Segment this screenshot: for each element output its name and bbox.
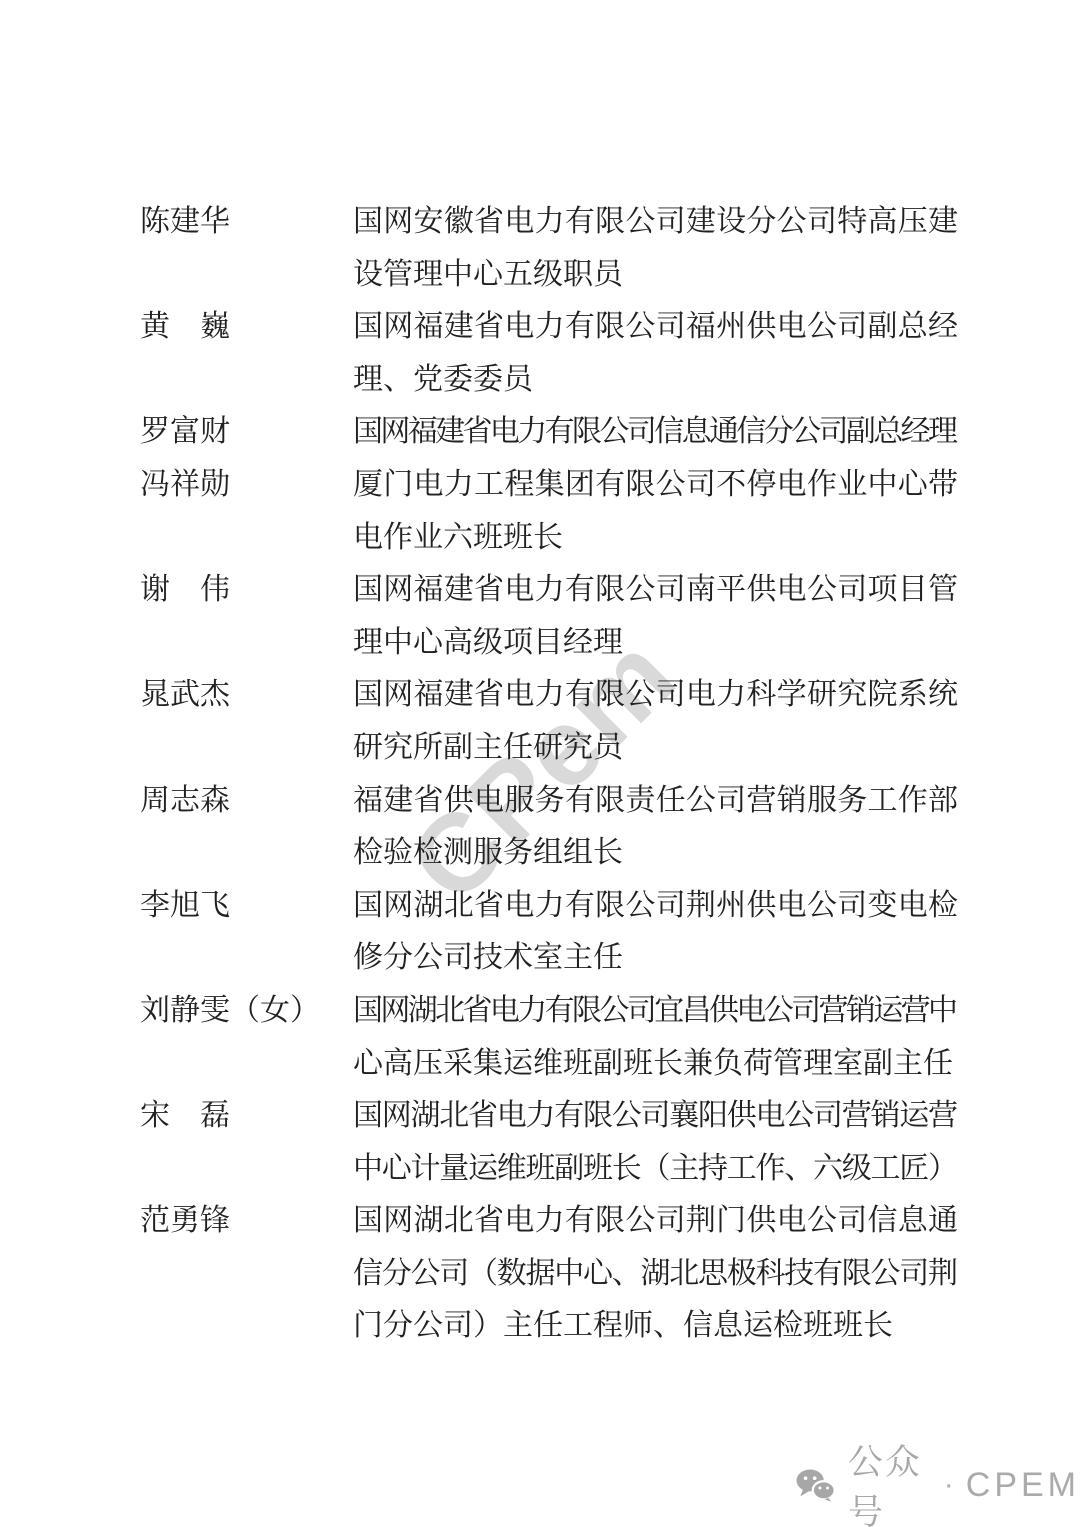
person-name: 周志森 [140, 775, 353, 880]
roster-entry: 宋 磊 国网湖北省电力有限公司襄阳供电公司营销运营中心计量运维班副班长（主持工作… [140, 1090, 960, 1195]
wechat-account-label: 公众号 [848, 1435, 932, 1527]
person-name: 李旭飞 [140, 880, 353, 985]
roster-entry: 晁武杰 国网福建省电力有限公司电力科学研究院系统研究所副主任研究员 [140, 669, 960, 774]
title-line: 研究所副主任研究员 [353, 722, 958, 775]
roster-entry: 李旭飞 国网湖北省电力有限公司荆州供电公司变电检修分公司技术室主任 [140, 880, 960, 985]
title-line: 国网湖北省电力有限公司荆州供电公司变电检 [353, 880, 958, 933]
person-title: 国网福建省电力有限公司信息通信分公司副总经理 [353, 406, 958, 459]
person-title: 国网湖北省电力有限公司荆门供电公司信息通信分公司（数据中心、湖北思极科技有限公司… [353, 1195, 958, 1353]
title-line: 中心计量运维班副班长（主持工作、六级工匠） [353, 1143, 958, 1196]
title-line: 修分公司技术室主任 [353, 932, 958, 985]
roster-entry: 陈建华 国网安徽省电力有限公司建设分公司特高压建设管理中心五级职员 [140, 196, 960, 301]
title-line: 国网湖北省电力有限公司宜昌供电公司营销运营中 [353, 985, 958, 1038]
title-line: 福建省供电服务有限责任公司营销服务工作部 [353, 775, 958, 828]
title-line: 国网湖北省电力有限公司襄阳供电公司营销运营 [353, 1090, 958, 1143]
title-line: 国网福建省电力有限公司福州供电公司副总经 [353, 301, 958, 354]
title-line: 理、党委委员 [353, 354, 958, 407]
title-line: 门分公司）主任工程师、信息运检班班长 [353, 1300, 958, 1353]
person-name: 罗富财 [140, 406, 353, 459]
title-line: 国网福建省电力有限公司南平供电公司项目管 [353, 564, 958, 617]
person-name: 陈建华 [140, 196, 353, 301]
wechat-footer: 公众号 · CPEM [795, 1461, 1080, 1509]
title-line: 国网安徽省电力有限公司建设分公司特高压建 [353, 196, 958, 249]
person-title: 国网福建省电力有限公司福州供电公司副总经理、党委委员 [353, 301, 958, 406]
person-title: 厦门电力工程集团有限公司不停电作业中心带电作业六班班长 [353, 459, 958, 564]
person-title: 国网安徽省电力有限公司建设分公司特高压建设管理中心五级职员 [353, 196, 958, 301]
title-line: 检验检测服务组组长 [353, 827, 958, 880]
person-title: 国网湖北省电力有限公司宜昌供电公司营销运营中心高压采集运维班副班长兼负荷管理室副… [353, 985, 958, 1090]
title-line: 厦门电力工程集团有限公司不停电作业中心带 [353, 459, 958, 512]
person-name: 黄 巍 [140, 301, 353, 406]
title-line: 理中心高级项目经理 [353, 617, 958, 670]
title-line: 国网湖北省电力有限公司荆门供电公司信息通 [353, 1195, 958, 1248]
roster-entry: 周志森 福建省供电服务有限责任公司营销服务工作部检验检测服务组组长 [140, 775, 960, 880]
wechat-icon [795, 1463, 836, 1507]
roster-entry: 范勇锋 国网湖北省电力有限公司荆门供电公司信息通信分公司（数据中心、湖北思极科技… [140, 1195, 960, 1353]
title-line: 心高压采集运维班副班长兼负荷管理室副主任 [353, 1038, 958, 1091]
person-name: 冯祥勋 [140, 459, 353, 564]
title-line: 国网福建省电力有限公司信息通信分公司副总经理 [353, 406, 958, 459]
person-name: 刘静雯（女） [140, 985, 353, 1090]
person-name: 晁武杰 [140, 669, 353, 774]
title-line: 电作业六班班长 [353, 512, 958, 565]
roster-entry: 罗富财 国网福建省电力有限公司信息通信分公司副总经理 [140, 406, 960, 459]
person-title: 国网福建省电力有限公司电力科学研究院系统研究所副主任研究员 [353, 669, 958, 774]
title-line: 国网福建省电力有限公司电力科学研究院系统 [353, 669, 958, 722]
title-line: 信分公司（数据中心、湖北思极科技有限公司荆 [353, 1248, 958, 1301]
person-title: 国网湖北省电力有限公司襄阳供电公司营销运营中心计量运维班副班长（主持工作、六级工… [353, 1090, 958, 1195]
roster-entry: 谢 伟 国网福建省电力有限公司南平供电公司项目管理中心高级项目经理 [140, 564, 960, 669]
person-title: 国网湖北省电力有限公司荆州供电公司变电检修分公司技术室主任 [353, 880, 958, 985]
person-title: 国网福建省电力有限公司南平供电公司项目管理中心高级项目经理 [353, 564, 958, 669]
roster-entry: 刘静雯（女） 国网湖北省电力有限公司宜昌供电公司营销运营中心高压采集运维班副班长… [140, 985, 960, 1090]
footer-separator: · [944, 1468, 954, 1502]
person-title: 福建省供电服务有限责任公司营销服务工作部检验检测服务组组长 [353, 775, 958, 880]
roster-entry: 黄 巍 国网福建省电力有限公司福州供电公司副总经理、党委委员 [140, 301, 960, 406]
person-name: 谢 伟 [140, 564, 353, 669]
award-roster: 陈建华 国网安徽省电力有限公司建设分公司特高压建设管理中心五级职员 黄 巍 国网… [140, 196, 960, 1353]
person-name: 宋 磊 [140, 1090, 353, 1195]
document-page: CPem 陈建华 国网安徽省电力有限公司建设分公司特高压建设管理中心五级职员 黄… [0, 0, 1080, 1527]
person-name: 范勇锋 [140, 1195, 353, 1353]
footer-brand-name: CPEM [966, 1466, 1080, 1505]
title-line: 设管理中心五级职员 [353, 249, 958, 302]
roster-entry: 冯祥勋 厦门电力工程集团有限公司不停电作业中心带电作业六班班长 [140, 459, 960, 564]
